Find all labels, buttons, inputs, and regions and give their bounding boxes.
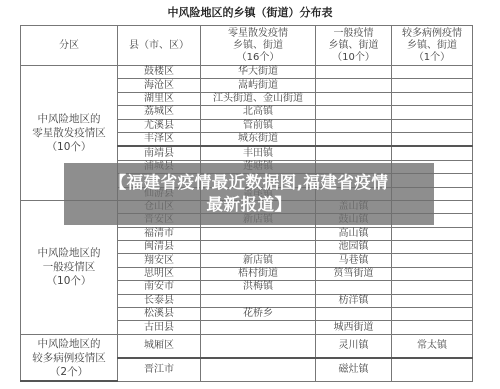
- header-line: 一般疫情: [316, 28, 391, 40]
- headline-overlay-banner: 【福建省疫情最近数据图,福建省疫情 最新报道】: [64, 163, 434, 225]
- sporadic-town-cell: 城东街道: [201, 132, 316, 146]
- general-town-cell: 池园镇: [316, 241, 392, 254]
- general-town-cell: 磁灶镇: [316, 358, 392, 382]
- county-cell: 福清市: [118, 227, 201, 240]
- general-town-cell: 城西街道: [316, 321, 392, 334]
- table-title: 中风险地区的乡镇（街道）分布表: [0, 4, 500, 20]
- header-general: 一般疫情 乡镇、街道 （10个）: [316, 26, 392, 66]
- general-town-cell: [316, 79, 392, 92]
- sporadic-town-cell: 嵩屿街道: [201, 79, 316, 92]
- general-town-cell: 枋洋镇: [316, 294, 392, 307]
- zone-label-line: 中风险地区的: [21, 246, 117, 260]
- zone-cell: 中风险地区的较多病例疫情区（2个）: [21, 334, 118, 381]
- sporadic-town-cell: 梧村街道: [201, 267, 316, 280]
- sporadic-town-cell: [201, 294, 316, 307]
- zone-label-line: （2个）: [21, 365, 117, 379]
- sporadic-town-cell: 江头街道、金山街道: [201, 92, 316, 105]
- general-town-cell: 灵川镇: [316, 334, 392, 358]
- header-sporadic: 零星散发疫情 乡镇、街道 （16个）: [201, 26, 316, 66]
- sporadic-town-cell: [201, 334, 316, 358]
- header-county: 县（市、区）: [118, 26, 201, 66]
- general-town-cell: 高山镇: [316, 227, 392, 240]
- zone-label-line: 零星散发疫情区: [21, 126, 117, 140]
- county-cell: 松溪县: [118, 308, 201, 321]
- county-cell: 长泰县: [118, 294, 201, 307]
- general-town-cell: 筼筜街道: [316, 267, 392, 280]
- many-cases-town-cell: [392, 146, 473, 160]
- county-cell: 荔城区: [118, 106, 201, 119]
- general-town-cell: [316, 106, 392, 119]
- header-line: （10个）: [316, 52, 391, 64]
- many-cases-town-cell: [392, 106, 473, 119]
- county-cell: 海沧区: [118, 79, 201, 92]
- many-cases-town-cell: [392, 79, 473, 92]
- sporadic-town-cell: 新店镇: [201, 254, 316, 267]
- county-cell: 南靖县: [118, 146, 201, 160]
- county-cell: 鼓楼区: [118, 66, 201, 79]
- county-cell: 晋江市: [118, 358, 201, 382]
- general-town-cell: [316, 132, 392, 146]
- zone-label-line: 较多病例疫情区: [21, 351, 117, 365]
- zone-label-line: （10个）: [21, 274, 117, 288]
- many-cases-town-cell: [392, 281, 473, 294]
- header-line: 乡镇、街道: [392, 40, 472, 52]
- general-town-cell: [316, 308, 392, 321]
- many-cases-town-cell: [392, 254, 473, 267]
- sporadic-town-cell: 洪梅镇: [201, 281, 316, 294]
- county-cell: 闽清县: [118, 241, 201, 254]
- general-town-cell: [316, 92, 392, 105]
- zone-label-line: （10个）: [21, 140, 117, 154]
- sporadic-town-cell: 花桥乡: [201, 308, 316, 321]
- header-line: 零星散发疫情: [201, 28, 315, 40]
- header-line: 乡镇、街道: [201, 40, 315, 52]
- county-cell: 翔安区: [118, 254, 201, 267]
- table-row: 中风险地区的零星散发疫情区（10个）鼓楼区华大街道: [21, 66, 473, 79]
- many-cases-town-cell: [392, 119, 473, 132]
- general-town-cell: 马巷镇: [316, 254, 392, 267]
- many-cases-town-cell: [392, 267, 473, 280]
- headline-line-2: 最新报道】: [207, 194, 292, 216]
- sporadic-town-cell: [201, 321, 316, 334]
- many-cases-town-cell: [392, 358, 473, 382]
- sporadic-town-cell: 华大街道: [201, 66, 316, 79]
- zone-label-line: 中风险地区的: [21, 337, 117, 351]
- county-cell: 湖里区: [118, 92, 201, 105]
- header-line: 较多病例疫情: [392, 28, 472, 40]
- many-cases-town-cell: [392, 227, 473, 240]
- county-cell: 尤溪县: [118, 119, 201, 132]
- sporadic-town-cell: [201, 241, 316, 254]
- table-row: 中风险地区的较多病例疫情区（2个）城厢区灵川镇常太镇: [21, 334, 473, 358]
- header-line: （1个）: [392, 52, 472, 64]
- sporadic-town-cell: 管前镇: [201, 119, 316, 132]
- general-town-cell: [316, 281, 392, 294]
- general-town-cell: [316, 66, 392, 79]
- general-town-cell: [316, 146, 392, 160]
- county-cell: 南安市: [118, 281, 201, 294]
- sporadic-town-cell: [201, 358, 316, 382]
- headline-line-1: 【福建省疫情最近数据图,福建省疫情: [110, 172, 389, 194]
- many-cases-town-cell: [392, 308, 473, 321]
- many-cases-town-cell: [392, 294, 473, 307]
- zone-label-line: 中风险地区的: [21, 112, 117, 126]
- header-line: （16个）: [201, 52, 315, 64]
- sporadic-town-cell: 丰田镇: [201, 146, 316, 160]
- many-cases-town-cell: [392, 92, 473, 105]
- many-cases-town-cell: [392, 321, 473, 334]
- header-row: 分区 县（市、区） 零星散发疫情 乡镇、街道 （16个） 一般疫情 乡镇、街道 …: [21, 26, 473, 66]
- county-cell: 丰泽区: [118, 132, 201, 146]
- county-cell: 古田县: [118, 321, 201, 334]
- county-cell: 城厢区: [118, 334, 201, 358]
- many-cases-town-cell: [392, 66, 473, 79]
- many-cases-town-cell: [392, 241, 473, 254]
- general-town-cell: [316, 119, 392, 132]
- zone-label-line: 一般疫情区: [21, 260, 117, 274]
- many-cases-town-cell: [392, 132, 473, 146]
- sporadic-town-cell: 北高镇: [201, 106, 316, 119]
- county-cell: 思明区: [118, 267, 201, 280]
- header-zone: 分区: [21, 26, 118, 66]
- many-cases-town-cell: 常太镇: [392, 334, 473, 358]
- sporadic-town-cell: [201, 227, 316, 240]
- header-many-cases: 较多病例疫情 乡镇、街道 （1个）: [392, 26, 473, 66]
- header-line: 乡镇、街道: [316, 40, 391, 52]
